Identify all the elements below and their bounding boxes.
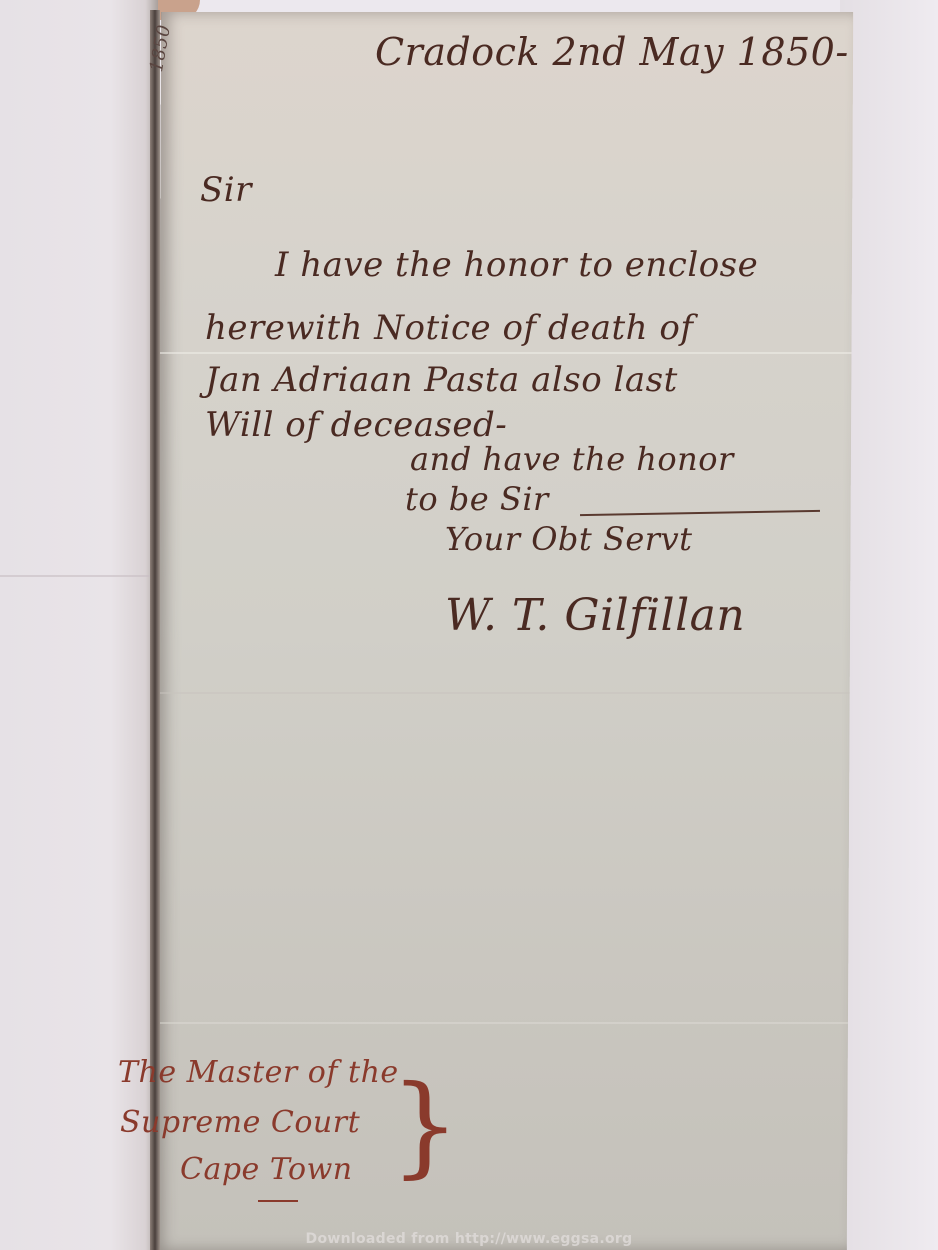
right-background — [840, 0, 938, 1250]
letter-body-line: Will of deceased- — [205, 405, 507, 445]
letter-closing-line: to be Sir — [405, 480, 549, 518]
letter-body-line: Jan Adriaan Pasta also last — [205, 360, 678, 400]
letter-body-line: I have the honor to enclose — [275, 245, 758, 285]
letter-date-line: Cradock 2nd May 1850- — [375, 30, 849, 74]
addressee-line: The Master of the — [118, 1055, 399, 1090]
letter-salutation: Sir — [200, 170, 252, 210]
paper-fold-line — [158, 692, 850, 694]
letter-signature: W. T. Gilfillan — [445, 590, 745, 641]
download-watermark: Downloaded from http://www.eggsa.org — [0, 1231, 938, 1247]
addressee-line: Cape Town — [180, 1152, 353, 1187]
addressee-underline — [258, 1200, 298, 1202]
letter-closing-line: Your Obt Servt — [445, 520, 693, 558]
addressee-line: Supreme Court — [120, 1105, 360, 1140]
letter-closing-line: and have the honor — [410, 440, 734, 478]
scanned-document-scene: 1850 Cradock 2nd May 1850- Sir I have th… — [0, 0, 938, 1250]
left-page-fold — [0, 575, 150, 577]
paper-fold-line — [159, 352, 851, 354]
letter-body-line: herewith Notice of death of — [205, 308, 693, 348]
paper-fold-line — [156, 1022, 848, 1024]
addressee-brace: } — [390, 1070, 461, 1180]
